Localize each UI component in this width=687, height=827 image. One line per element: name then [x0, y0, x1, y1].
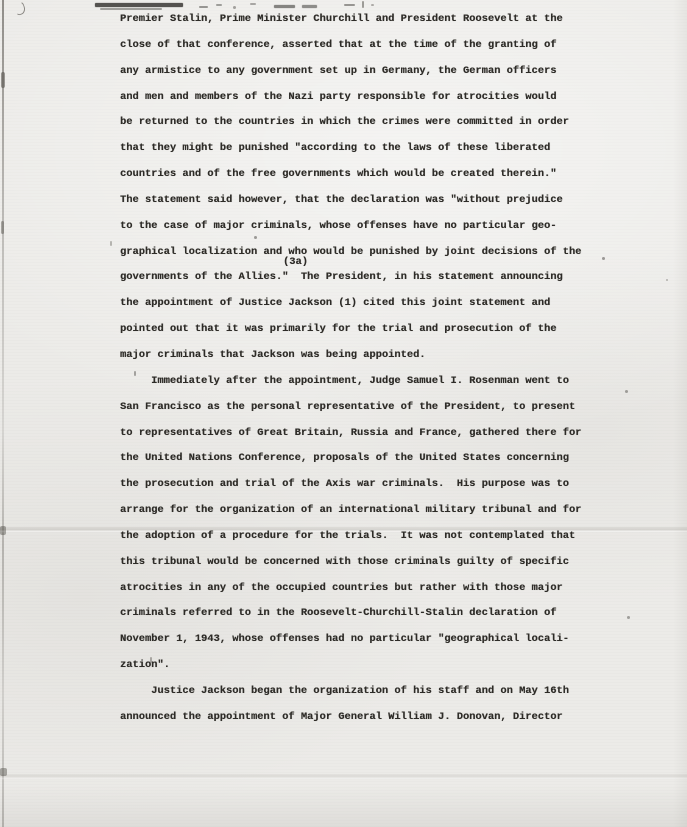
text-line: governments of the Allies." The Presiden… — [0, 265, 687, 291]
text-line: to the case of major criminals, whose of… — [0, 214, 687, 240]
typewritten-text-block: Premier Stalin, Prime Minister Churchill… — [0, 7, 687, 731]
interlinear-footnote-mark: (3a) — [283, 256, 308, 268]
text-line: criminals referred to in the Roosevelt-C… — [0, 601, 687, 627]
top-edge-mark — [274, 5, 295, 8]
paper-speck — [602, 257, 605, 260]
text-line: arrange for the organization of an inter… — [0, 498, 687, 524]
stray-apostrophe — [134, 371, 136, 376]
scan-bottom-shadow — [0, 785, 687, 827]
edge-blob — [0, 768, 7, 776]
edge-blob — [0, 526, 6, 535]
text-line: countries and of the free governments wh… — [0, 162, 687, 188]
top-edge-mark — [344, 4, 355, 6]
text-line: November 1, 1943, whose offenses had no … — [0, 627, 687, 653]
text-line: zation". — [0, 653, 687, 679]
text-line: graphical localization and who would be … — [0, 240, 687, 266]
paper-speck — [627, 616, 630, 619]
paper-speck — [254, 236, 257, 239]
text-line: be returned to the countries in which th… — [0, 110, 687, 136]
top-edge-mark — [362, 1, 364, 8]
text-line: to representatives of Great Britain, Rus… — [0, 421, 687, 447]
paper-speck — [110, 241, 112, 246]
text-line: this tribunal would be concerned with th… — [0, 550, 687, 576]
text-line: major criminals that Jackson was being a… — [0, 343, 687, 369]
text-line: announced the appointment of Major Gener… — [0, 705, 687, 731]
text-line: and men and members of the Nazi party re… — [0, 85, 687, 111]
text-line: pointed out that it was primarily for th… — [0, 317, 687, 343]
paper-speck — [666, 279, 668, 281]
edge-blob — [1, 72, 5, 88]
paper-speck — [625, 390, 628, 393]
top-edge-mark — [250, 3, 256, 5]
text-line: the United Nations Conference, proposals… — [0, 446, 687, 472]
text-line: atrocities in any of the occupied countr… — [0, 576, 687, 602]
top-edge-mark — [233, 6, 236, 9]
top-edge-mark — [302, 5, 317, 8]
paper-fold-crease — [0, 774, 687, 780]
text-line: the prosecution and trial of the Axis wa… — [0, 472, 687, 498]
top-edge-smudge-bar2 — [100, 8, 162, 10]
text-line: the adoption of a procedure for the tria… — [0, 524, 687, 550]
text-line: Premier Stalin, Prime Minister Churchill… — [0, 7, 687, 33]
text-line: any armistice to any government set up i… — [0, 59, 687, 85]
text-line: San Francisco as the personal representa… — [0, 395, 687, 421]
stray-tick — [150, 657, 152, 663]
text-line: Immediately after the appointment, Judge… — [0, 369, 687, 395]
text-line: the appointment of Justice Jackson (1) c… — [0, 291, 687, 317]
top-edge-mark — [216, 4, 222, 6]
top-edge-mark — [371, 4, 374, 6]
text-line: close of that conference, asserted that … — [0, 33, 687, 59]
top-edge-mark — [199, 6, 208, 8]
text-line: that they might be punished "according t… — [0, 136, 687, 162]
edge-blob — [1, 221, 4, 234]
text-line: Justice Jackson began the organization o… — [0, 679, 687, 705]
text-line: The statement said however, that the dec… — [0, 188, 687, 214]
document-page: Premier Stalin, Prime Minister Churchill… — [0, 0, 687, 827]
top-edge-smudge-bar — [95, 3, 183, 7]
